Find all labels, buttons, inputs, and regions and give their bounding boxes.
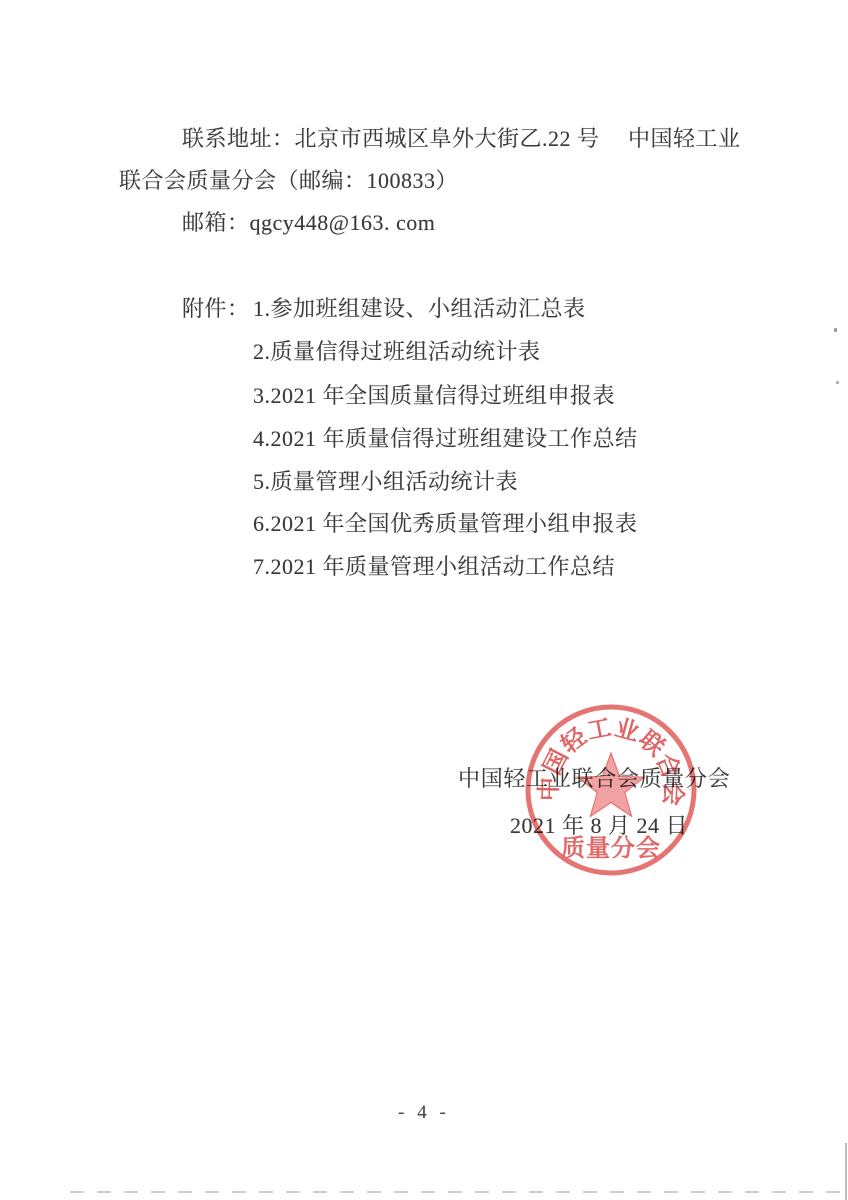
attachment-item-5: 5.质量管理小组活动统计表	[253, 468, 518, 496]
attachment-item-1: 1.参加班组建设、小组活动汇总表	[253, 295, 586, 323]
document-page: 联系地址：北京市西城区阜外大街乙.22 号 中国轻工业 联合会质量分会（邮编：1…	[0, 0, 848, 1200]
seal-star-icon	[578, 753, 645, 816]
contact-address-line1: 联系地址：北京市西城区阜外大街乙.22 号 中国轻工业	[182, 125, 741, 153]
scan-speck	[834, 328, 837, 332]
contact-email: 邮箱：qgcy448@163. com	[182, 209, 435, 237]
official-seal: 中国轻工业联合会 质量分会	[524, 703, 698, 877]
attachment-item-6: 6.2021 年全国优秀质量管理小组申报表	[253, 510, 638, 538]
contact-address-line2: 联合会质量分会（邮编：100833）	[119, 167, 458, 195]
scan-speck	[836, 381, 839, 384]
attachment-item-3: 3.2021 年全国质量信得过班组申报表	[253, 382, 615, 410]
page-number: - 4 -	[0, 1102, 848, 1124]
attachments-label: 附件：	[182, 295, 250, 323]
scan-artifact-right-line	[845, 1143, 847, 1200]
attachment-item-2: 2.质量信得过班组活动统计表	[253, 338, 541, 366]
attachment-item-7: 7.2021 年质量管理小组活动工作总结	[253, 553, 615, 581]
scan-artifact-bottom-line	[70, 1191, 848, 1193]
attachment-item-4: 4.2021 年质量信得过班组建设工作总结	[253, 425, 638, 453]
seal-bottom-text: 质量分会	[561, 834, 661, 862]
